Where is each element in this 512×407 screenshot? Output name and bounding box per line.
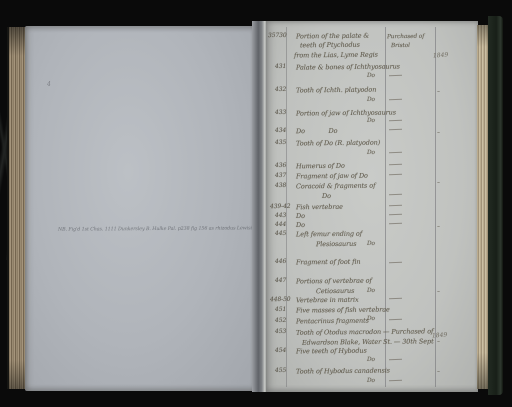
ledger-dot-mark bbox=[437, 226, 440, 227]
entry-number: 446 bbox=[275, 258, 286, 265]
acquisition-note-line2: Bristol bbox=[391, 43, 410, 49]
entry-number: 439-42 bbox=[270, 203, 291, 210]
entry-description: Pentacrinus fragments bbox=[296, 317, 369, 326]
ledger-dash-mark bbox=[389, 298, 402, 299]
entry-description: Portion of jaw of Ichthyosaurus bbox=[296, 108, 396, 117]
ditto-mark: Do bbox=[367, 73, 375, 79]
left-page-edge-stack bbox=[9, 27, 26, 389]
ledger-dash-mark bbox=[389, 194, 402, 195]
entry-number: 452 bbox=[275, 317, 286, 324]
ledger-dash-mark bbox=[389, 380, 402, 381]
entry-description: Coracoid & fragments of bbox=[296, 182, 375, 191]
ledger-dot-mark bbox=[437, 291, 440, 292]
entry-number: 445 bbox=[275, 230, 286, 237]
entry-number: 431 bbox=[275, 63, 286, 70]
entry-description: Tooth of Otodus macrodon — Purchased of bbox=[296, 327, 433, 336]
pencil-annotation: NB. Fig'd 1st Chas. 1111 Dunkersley B. H… bbox=[58, 226, 252, 232]
entry-number: 451 bbox=[275, 306, 286, 313]
ditto-mark: Do bbox=[367, 378, 375, 384]
entry-description: Fragment of jaw of Do bbox=[296, 172, 368, 181]
ditto-mark: Do bbox=[367, 357, 375, 363]
entry-description: Palate & bones of Ichthyosaurus bbox=[296, 62, 400, 71]
left-page: 4 NB. Fig'd 1st Chas. 1111 Dunkersley B.… bbox=[25, 26, 254, 391]
entry-number: 453 bbox=[275, 328, 286, 335]
year-entry-bottom: 1849 bbox=[432, 331, 448, 339]
ledger-dot-mark bbox=[437, 182, 440, 183]
ditto-mark: Do bbox=[367, 97, 375, 103]
entry-number: 437 bbox=[275, 172, 286, 179]
right-page: 1849 1849 35730Portion of the palate &te… bbox=[266, 21, 478, 392]
ledger-dot-mark bbox=[437, 132, 440, 133]
ledger-dash-mark bbox=[389, 75, 402, 76]
acquisition-note-line1: Purchased of bbox=[387, 34, 424, 40]
entry-number: 443 bbox=[275, 212, 286, 219]
ledger-dot-mark bbox=[437, 371, 440, 372]
ledger-dash-mark bbox=[389, 262, 402, 263]
entry-description: Do bbox=[296, 212, 305, 220]
entry-description-line2: Edwardson Blake, Water St. — 30th Sept bbox=[302, 337, 434, 346]
entry-number: 454 bbox=[275, 347, 286, 354]
ledger-dash-mark bbox=[389, 120, 402, 121]
year-entry-top: 1849 bbox=[433, 51, 449, 59]
entry-description: Portions of vertebrae of bbox=[296, 277, 372, 286]
entry-description: Tooth of Hybodus canadensis bbox=[296, 367, 390, 376]
entry-number: 435 bbox=[275, 139, 286, 146]
entry-number: 438 bbox=[275, 182, 286, 189]
ledger-dash-mark bbox=[389, 205, 402, 206]
entry-description: Do bbox=[296, 221, 305, 229]
ledger-dash-mark bbox=[389, 152, 402, 153]
ditto-mark: Do bbox=[367, 118, 375, 124]
entry-description: Portion of the palate & bbox=[296, 32, 369, 41]
entry-description: Tooth of Ichth. platyodon bbox=[296, 86, 376, 95]
ledger-dash-mark bbox=[389, 129, 402, 130]
entry-description: Humerus of Do bbox=[296, 162, 345, 171]
entry-description-line2: Cetiosaurus bbox=[316, 287, 354, 295]
photo-background: 4 NB. Fig'd 1st Chas. 1111 Dunkersley B.… bbox=[0, 0, 512, 407]
entry-number: 432 bbox=[275, 86, 286, 93]
entry-number: 448-50 bbox=[270, 296, 291, 303]
ditto-mark: Do bbox=[367, 241, 375, 247]
ledger-dash-mark bbox=[389, 174, 402, 175]
ditto-mark: Do bbox=[367, 288, 375, 294]
entry-description: Tooth of Do (R. platyodon) bbox=[296, 139, 380, 148]
entry-number: 436 bbox=[275, 162, 286, 169]
entry-description: Vertebrae in matrix bbox=[296, 296, 359, 305]
ditto-mark: Do bbox=[367, 150, 375, 156]
bookmark-strap bbox=[245, 0, 260, 31]
book-gutter bbox=[252, 21, 266, 392]
ledger-dash-mark bbox=[389, 214, 402, 215]
entry-description: Fragment of foot fin bbox=[296, 258, 361, 267]
entry-number: 447 bbox=[275, 277, 286, 284]
ledger-dot-mark bbox=[437, 341, 440, 342]
entry-description-line2: teeth of Ptychodus bbox=[300, 41, 360, 50]
entry-number: 434 bbox=[275, 127, 286, 134]
entry-description: Fish vertebrae bbox=[296, 203, 343, 211]
entry-number: 433 bbox=[275, 109, 286, 116]
entry-description: Five masses of fish vertebrae bbox=[296, 306, 390, 315]
ledger-dot-mark bbox=[437, 91, 440, 92]
ledger-dash-mark bbox=[389, 223, 402, 224]
ledger-dash-mark bbox=[389, 319, 402, 320]
entry-description-line3: from the Lias, Lyme Regis bbox=[294, 51, 378, 60]
ledger-dash-mark bbox=[389, 164, 402, 165]
entry-description: Left femur ending of bbox=[296, 230, 362, 239]
entry-description-line2: Do bbox=[322, 192, 331, 200]
entry-description: Do Do bbox=[296, 127, 338, 135]
entry-number: 444 bbox=[275, 221, 286, 228]
entry-number: 35730 bbox=[268, 32, 287, 39]
ledger-dash-mark bbox=[389, 99, 402, 100]
entry-description: Five teeth of Hybodus bbox=[296, 347, 367, 356]
entry-number: 455 bbox=[275, 367, 286, 374]
pencil-corner-mark: 4 bbox=[47, 81, 51, 88]
entry-description-line2: Plesiosaurus bbox=[316, 240, 357, 248]
book-cover-right bbox=[488, 16, 503, 395]
ledger-dash-mark bbox=[389, 359, 402, 360]
